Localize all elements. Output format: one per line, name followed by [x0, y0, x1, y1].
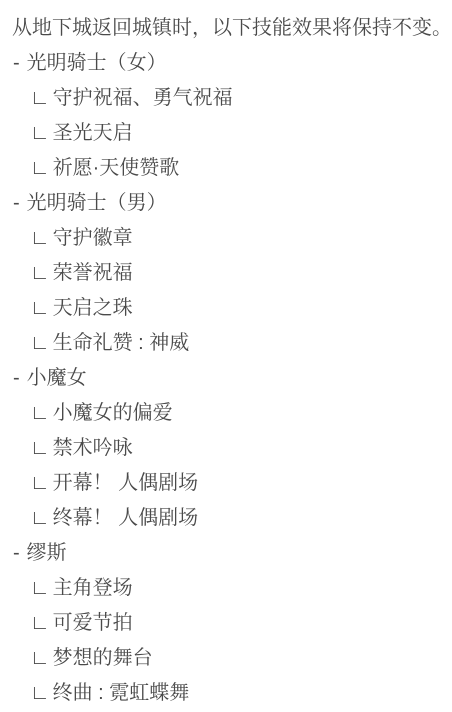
class-line: -光明骑士（女） — [0, 46, 452, 81]
branch-marker-icon: ∟ — [30, 641, 50, 676]
skill-name: 终曲 : 霓虹蝶舞 — [53, 676, 190, 711]
skill-name: 终幕！ 人偶剧场 — [53, 501, 199, 536]
class-name: 小魔女 — [27, 361, 87, 396]
branch-marker-icon: ∟ — [30, 256, 50, 291]
skill-line: ∟小魔女的偏爱 — [0, 396, 452, 431]
branch-marker-icon: ∟ — [30, 326, 50, 361]
branch-marker-icon: ∟ — [30, 676, 50, 711]
skill-name: 主角登场 — [53, 571, 133, 606]
branch-marker-icon: ∟ — [30, 116, 50, 151]
skill-name: 开幕！ 人偶剧场 — [53, 466, 199, 501]
page-title: 从地下城返回城镇时，以下技能效果将保持不变。 — [0, 11, 452, 46]
skill-name: 小魔女的偏爱 — [53, 396, 173, 431]
skill-line: ∟开幕！ 人偶剧场 — [0, 466, 452, 501]
skill-line: ∟守护徽章 — [0, 221, 452, 256]
skill-name: 守护徽章 — [53, 221, 133, 256]
branch-marker-icon: ∟ — [30, 396, 50, 431]
skill-name: 禁术吟咏 — [53, 431, 133, 466]
dash-marker: - — [13, 46, 20, 81]
class-line: -光明骑士（男） — [0, 186, 452, 221]
skill-line: ∟祈愿·天使赞歌 — [0, 151, 452, 186]
skill-name: 祈愿·天使赞歌 — [53, 151, 180, 186]
skill-list: -光明骑士（女）∟守护祝福、勇气祝福∟圣光天启∟祈愿·天使赞歌-光明骑士（男）∟… — [0, 46, 452, 711]
skill-name: 生命礼赞 : 神威 — [53, 326, 190, 361]
branch-marker-icon: ∟ — [30, 501, 50, 536]
class-line: -缪斯 — [0, 536, 452, 571]
branch-marker-icon: ∟ — [30, 221, 50, 256]
class-name: 缪斯 — [27, 536, 67, 571]
skill-name: 守护祝福、勇气祝福 — [53, 81, 233, 116]
branch-marker-icon: ∟ — [30, 431, 50, 466]
class-name: 光明骑士（女） — [27, 46, 167, 81]
skill-name: 可爱节拍 — [53, 606, 133, 641]
skill-line: ∟圣光天启 — [0, 116, 452, 151]
skill-line: ∟主角登场 — [0, 571, 452, 606]
skill-line: ∟可爱节拍 — [0, 606, 452, 641]
skill-line: ∟终曲 : 霓虹蝶舞 — [0, 676, 452, 711]
branch-marker-icon: ∟ — [30, 466, 50, 501]
dash-marker: - — [13, 536, 20, 571]
skill-line: ∟梦想的舞台 — [0, 641, 452, 676]
skill-name: 荣誉祝福 — [53, 256, 133, 291]
class-line: -小魔女 — [0, 361, 452, 396]
branch-marker-icon: ∟ — [30, 151, 50, 186]
branch-marker-icon: ∟ — [30, 81, 50, 116]
skill-line: ∟荣誉祝福 — [0, 256, 452, 291]
skill-line: ∟天启之珠 — [0, 291, 452, 326]
skill-line: ∟禁术吟咏 — [0, 431, 452, 466]
skill-line: ∟守护祝福、勇气祝福 — [0, 81, 452, 116]
skill-name: 天启之珠 — [53, 291, 133, 326]
skill-line: ∟终幕！ 人偶剧场 — [0, 501, 452, 536]
skill-name: 圣光天启 — [53, 116, 133, 151]
class-name: 光明骑士（男） — [27, 186, 167, 221]
branch-marker-icon: ∟ — [30, 571, 50, 606]
skill-name: 梦想的舞台 — [53, 641, 153, 676]
branch-marker-icon: ∟ — [30, 606, 50, 641]
skill-line: ∟生命礼赞 : 神威 — [0, 326, 452, 361]
dash-marker: - — [13, 186, 20, 221]
dash-marker: - — [13, 361, 20, 396]
branch-marker-icon: ∟ — [30, 291, 50, 326]
patch-notes-page: 从地下城返回城镇时，以下技能效果将保持不变。 -光明骑士（女）∟守护祝福、勇气祝… — [0, 0, 452, 711]
